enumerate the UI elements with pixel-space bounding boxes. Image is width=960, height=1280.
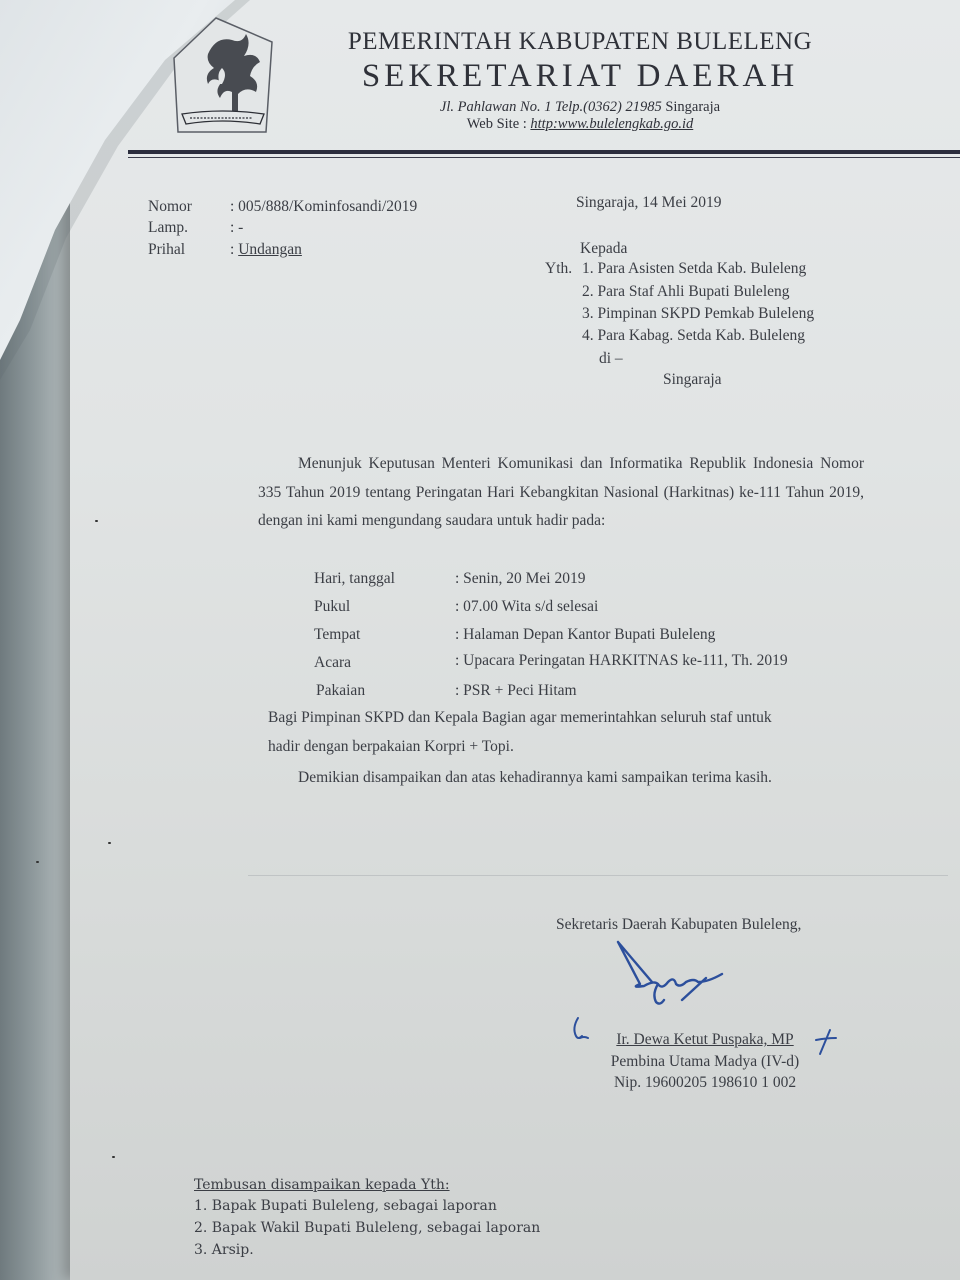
- faint-fold-line: [248, 875, 948, 876]
- recipient-item: 4. Para Kabag. Setda Kab. Buleleng: [582, 327, 805, 345]
- detail-value: : 07.00 Wita s/d selesai: [455, 598, 598, 616]
- detail-label: Tempat: [314, 626, 360, 644]
- header-rule-thin: [128, 157, 960, 158]
- detail-value: : Senin, 20 Mei 2019: [455, 570, 585, 588]
- signatory-name: Ir. Dewa Ketut Puspaka, MP: [580, 1029, 830, 1050]
- recipient-city: Singaraja: [663, 371, 722, 389]
- di-label: di –: [599, 350, 623, 368]
- detail-label: Acara: [314, 654, 351, 672]
- signatory-nip: Nip. 19600205 198610 1 002: [580, 1072, 830, 1093]
- lamp-label: Lamp.: [148, 219, 188, 237]
- letterhead: PEMERINTAH KABUPATEN BULELENG SEKRETARIA…: [300, 28, 860, 133]
- signatory-rank: Pembina Utama Madya (IV-d): [580, 1051, 830, 1072]
- letterhead-website: Web Site : http:www.bulelengkab.go.id: [300, 116, 860, 133]
- tembusan-item: 1. Bapak Bupati Buleleng, sebagai lapora…: [194, 1198, 497, 1214]
- recipient-item: 2. Para Staf Ahli Bupati Buleleng: [582, 283, 790, 301]
- nomor-label: Nomor: [148, 198, 192, 216]
- letterhead-address: Jl. Pahlawan No. 1 Telp.(0362) 21985 Sin…: [300, 99, 860, 116]
- detail-label: Pukul: [314, 598, 350, 616]
- website-link[interactable]: http:www.bulelengkab.go.id: [530, 116, 693, 132]
- instruction-line-2: hadir dengan berpakaian Korpri + Topi.: [268, 738, 514, 756]
- date-place: Singaraja, 14 Mei 2019: [576, 194, 722, 212]
- website-label: Web Site :: [467, 116, 531, 132]
- paper-speck: [112, 1156, 115, 1158]
- paper-speck: [95, 520, 98, 522]
- address-city: Singaraja: [665, 99, 720, 115]
- prihal-subject: Undangan: [238, 241, 302, 258]
- prihal-value: : Undangan: [230, 241, 302, 259]
- detail-label: Pakaian: [316, 682, 365, 700]
- signatory-title: Sekretaris Daerah Kabupaten Buleleng,: [556, 916, 801, 934]
- detail-value: : Halaman Depan Kantor Bupati Buleleng: [455, 626, 715, 644]
- recipient-item: 3. Pimpinan SKPD Pemkab Buleleng: [582, 305, 814, 323]
- detail-value: : Upacara Peringatan HARKITNAS ke-111, T…: [455, 652, 788, 670]
- tembusan-heading: Tembusan disampaikan kepada Yth:: [194, 1177, 450, 1193]
- paper-speck: [108, 842, 111, 844]
- body-opening: Menunjuk Keputusan Menteri Komunikasi da…: [258, 450, 864, 536]
- lamp-value: : -: [230, 219, 243, 237]
- recipient-item: 1. Para Asisten Setda Kab. Buleleng: [582, 260, 806, 278]
- address-text: Jl. Pahlawan No. 1 Telp.(0362) 21985: [440, 99, 662, 115]
- letterhead-office: SEKRETARIAT DAERAH: [300, 58, 860, 95]
- handwritten-signature-icon: [612, 938, 752, 1008]
- letterhead-government: PEMERINTAH KABUPATEN BULELENG: [300, 28, 860, 56]
- regency-crest-icon: [168, 14, 278, 134]
- signatory-name-text: Ir. Dewa Ketut Puspaka, MP: [616, 1031, 793, 1048]
- header-rule-thick: [128, 150, 960, 154]
- nomor-value: : 005/888/Kominfosandi/2019: [230, 198, 417, 216]
- yth-label: Yth.: [545, 260, 572, 278]
- prihal-colon: :: [230, 241, 238, 258]
- opening-text: Menunjuk Keputusan Menteri Komunikasi da…: [258, 455, 864, 529]
- tembusan-item: 3. Arsip.: [194, 1242, 254, 1258]
- prihal-label: Prihal: [148, 241, 185, 259]
- detail-label: Hari, tanggal: [314, 570, 395, 588]
- closing-paragraph: Demikian disampaikan dan atas kehadirann…: [258, 764, 864, 793]
- instruction-line-1: Bagi Pimpinan SKPD dan Kepala Bagian aga…: [268, 709, 772, 727]
- tembusan-item: 2. Bapak Wakil Bupati Buleleng, sebagai …: [194, 1220, 540, 1236]
- kepada-label: Kepada: [580, 240, 627, 258]
- closing-text: Demikian disampaikan dan atas kehadirann…: [298, 769, 772, 786]
- paper-speck: [36, 861, 39, 863]
- detail-value: : PSR + Peci Hitam: [455, 682, 577, 700]
